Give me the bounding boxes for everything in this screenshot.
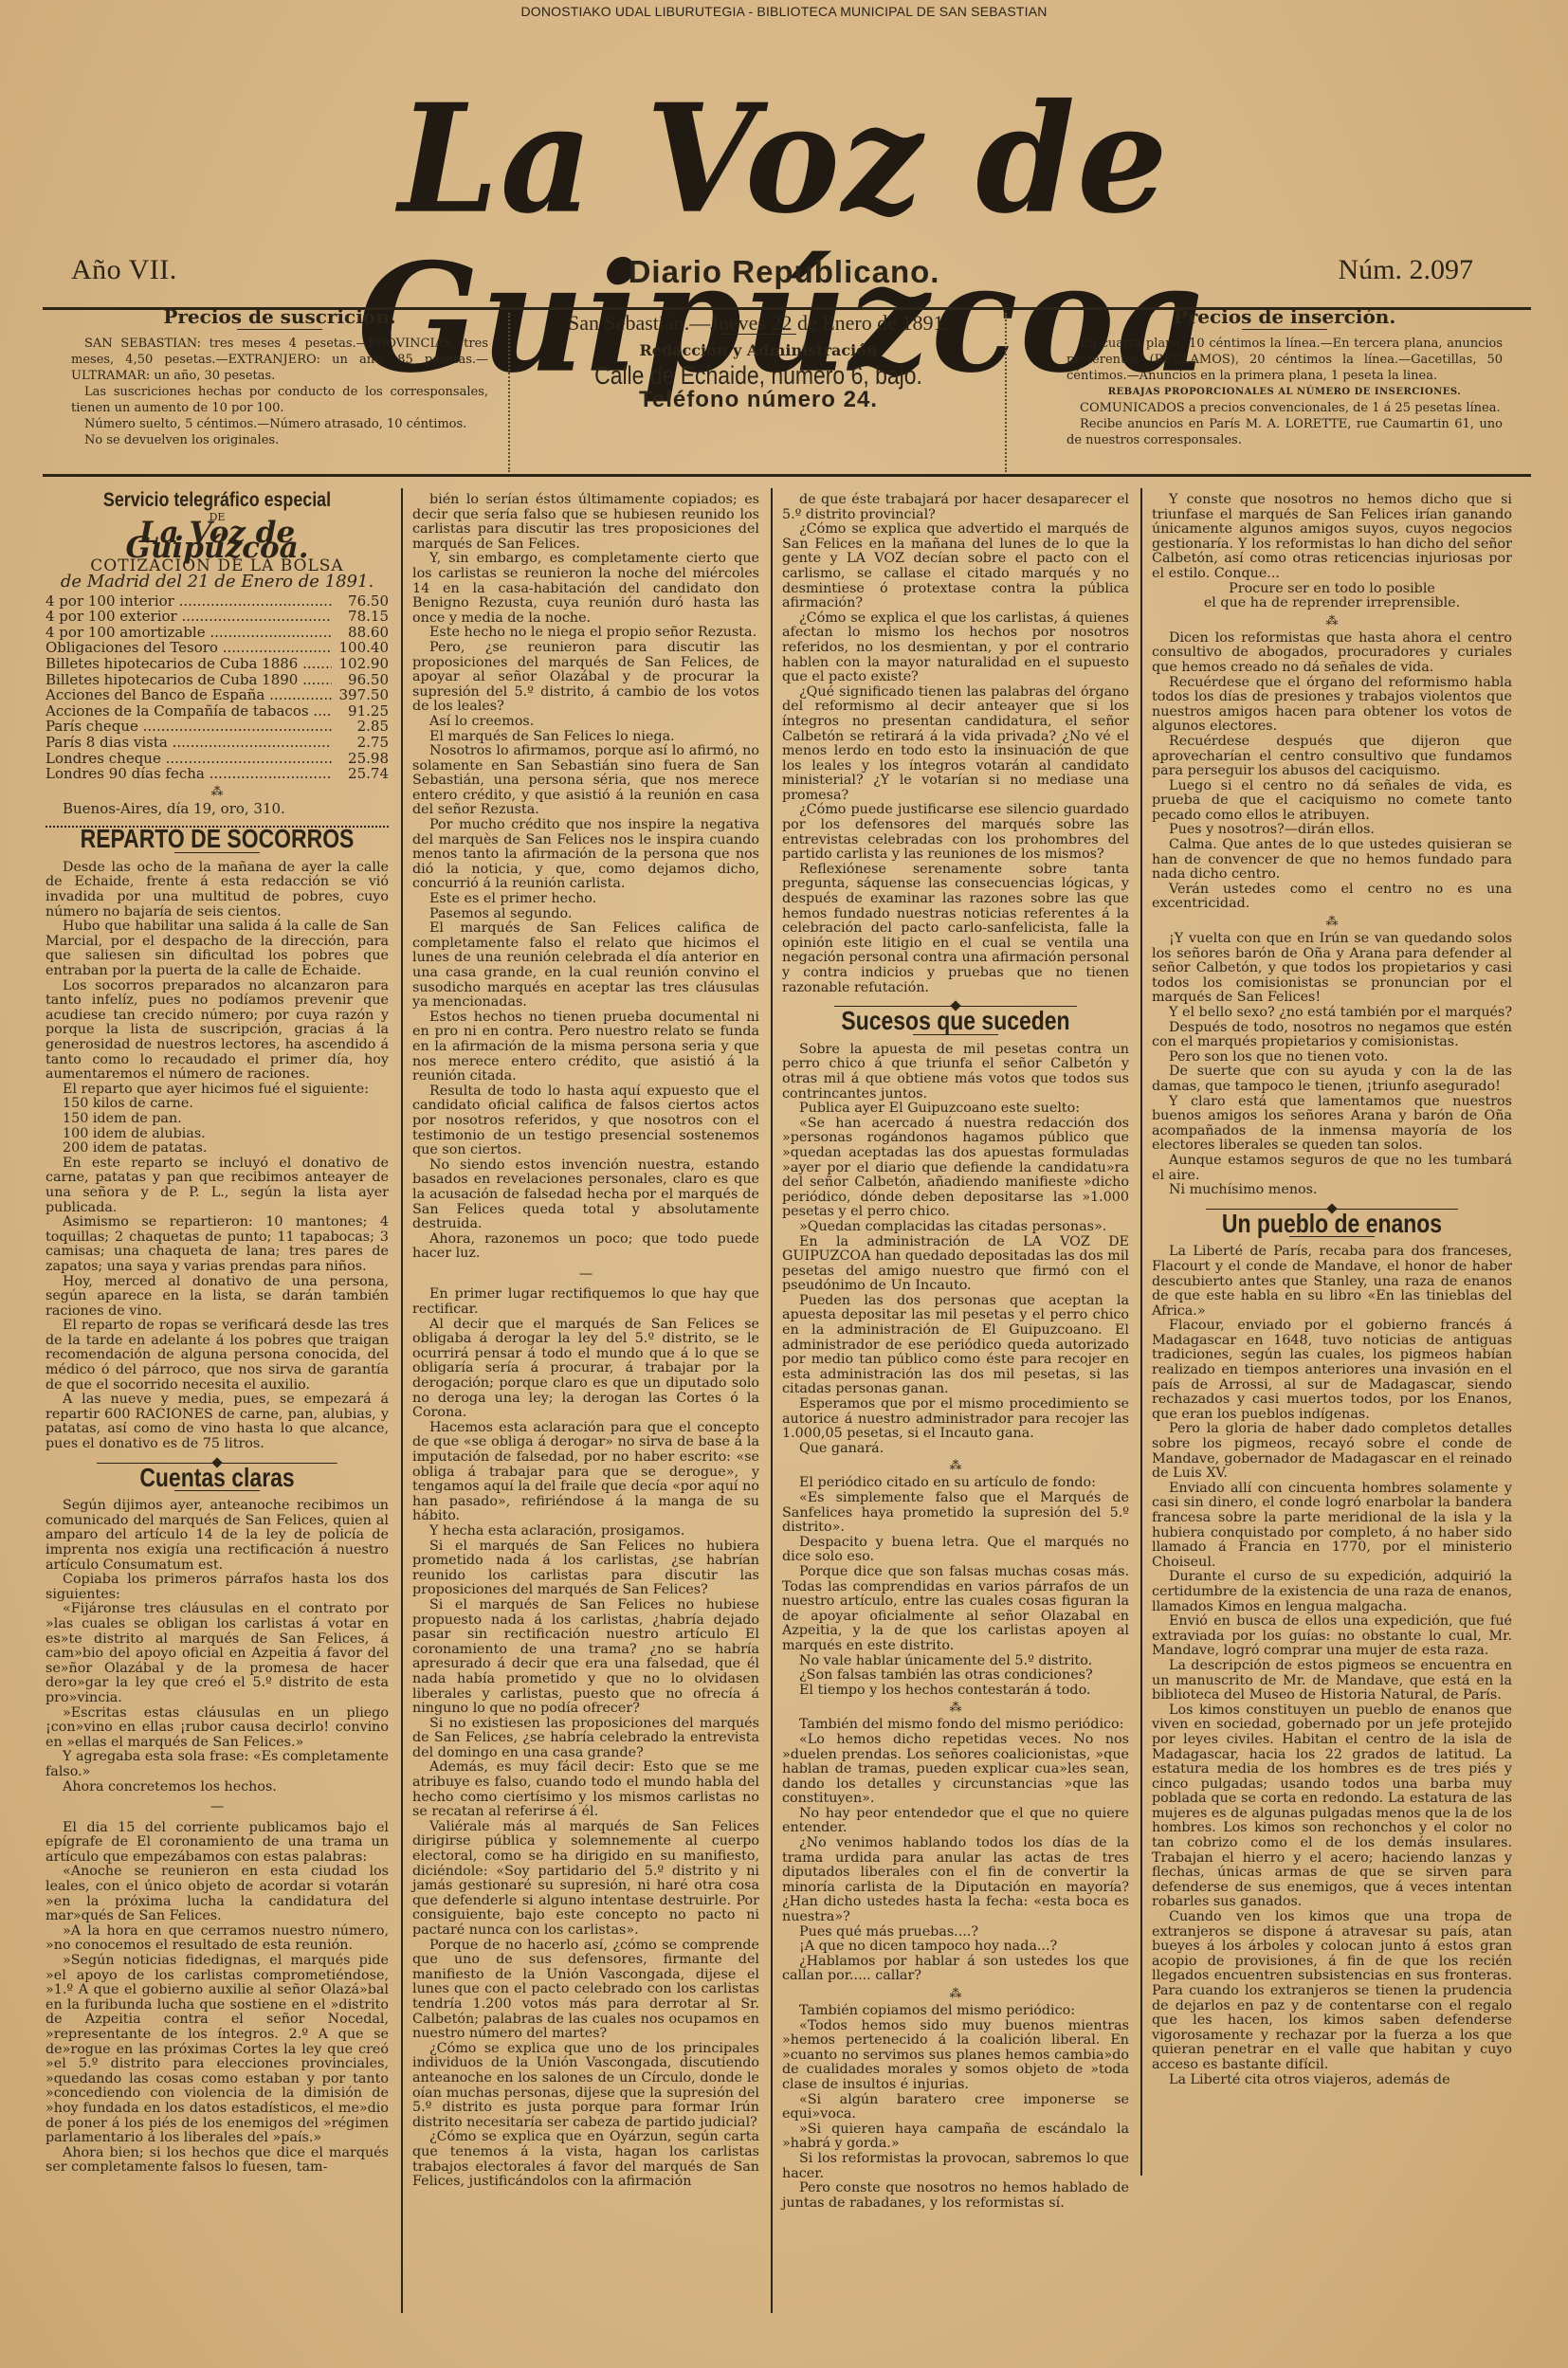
quote-value: 88.60 [332,625,389,641]
paragraph: Pero la gloria de haber dado completos d… [1152,1422,1512,1481]
quote-label: 4 por 100 amortizable [46,625,332,641]
paragraph: Dicen los reformistas que hasta ahora el… [1152,631,1512,676]
center-info-box: San Sebastián.—Jueves 22 de Enero de 189… [517,309,1000,480]
column-1: Servicio telegráfico especial DE La Voz … [46,493,389,2176]
quote-row: Obligaciones del Tesoro100.40 [46,640,389,656]
paragraph: Hacemos esta aclaración para que el conc… [412,1421,759,1524]
cuentas-body-2: bién lo serían éstos últimamente copiado… [412,493,759,2190]
paragraph: »Quedan complacidas las citadas personas… [782,1220,1129,1235]
stars-divider: ⁂ [1152,615,1512,628]
quote-label: 4 por 100 interior [46,593,332,610]
list-item: 150 idem de pan. [46,1112,389,1127]
insertion-text: Recibe anuncios en París M. A. LORETTE, … [1067,416,1503,448]
quote-label: Billetes hipotecarios de Cuba 1890 [46,672,332,688]
paragraph: Esperamos que por el mismo procedimiento… [782,1397,1129,1442]
paragraph: Enviado allí con cincuenta hombres solam… [1152,1482,1512,1571]
issue-number: Núm. 2.097 [1339,254,1474,286]
cuentas-body-3: de que éste trabajará por hacer desapare… [782,493,1129,995]
paragraph: Envió en busca de ellos una expedición, … [1152,1614,1512,1659]
paragraph: Por mucho crédito que nos inspire la neg… [412,818,759,892]
column-3: de que éste trabajará por hacer desapare… [782,493,1129,2211]
paragraph: Y conste que nosotros no hemos dicho que… [1152,493,1512,582]
sucesos-body-4: Y conste que nosotros no hemos dicho que… [1152,493,1512,1198]
column-4: Y conste que nosotros no hemos dicho que… [1152,493,1512,2087]
dash-divider: — [412,1267,759,1283]
reparto-title: REPARTO DE SOCORROS [77,831,358,847]
quote-row: 4 por 100 exterior78.15 [46,609,389,625]
paragraph: de que éste trabajará por hacer desapare… [782,493,1129,522]
paragraph: «Si algún baratero cree imponerse se equ… [782,2093,1129,2122]
paragraph: Procure ser en todo lo posible [1152,582,1512,597]
paragraph: El marqués de San Felices lo niega. [412,730,759,745]
paragraph: En primer lugar rectifiquemos lo que hay… [412,1287,759,1317]
paragraph: Y claro está que lamentamos que nuestros… [1152,1095,1512,1154]
paragraph: Durante el curso de su expedición, adqui… [1152,1570,1512,1614]
issue-date: San Sebastián.—Jueves 22 de Enero de 189… [517,315,1000,331]
paragraph: Porque dice que son falsas muchas cosas … [782,1565,1129,1654]
enanos-title: Un pueblo de enanos [1184,1216,1480,1231]
quote-label: Acciones de la Compañía de tabacos [46,703,332,720]
paragraph: Aunque estamos seguros de que no les tum… [1152,1154,1512,1183]
paragraph: ¿Cómo se explica que uno de los principa… [412,2042,759,2131]
office-label: Redacción y Administración [517,342,1000,358]
paragraph: Si no existiesen las proposiciones del m… [412,1717,759,1761]
paragraph: Pues qué más pruebas....? [782,1925,1129,1940]
quote-row: Acciones del Banco de España397.50 [46,687,389,703]
quote-row: París 8 dias vista2.75 [46,735,389,751]
paragraph: Pero, ¿se reunieron para discutir las pr… [412,641,759,715]
paragraph: Y, sin embargo, es completamente cierto … [412,552,759,626]
paragraph: ¿Cómo puede justificarse ese silencio gu… [782,803,1129,862]
paragraph: No vale hablar únicamente del 5.º distri… [782,1654,1129,1669]
paragraph: ¡Y vuelta con que en Irún se van quedand… [1152,932,1512,1006]
paragraph: También copiamos del mismo periódico: [782,2004,1129,2019]
subscription-text: Las suscriciones hechas por conducto de … [71,384,488,416]
quote-value: 397.50 [332,687,389,703]
paragraph: Valiérale más al marqués de San Felices … [412,1820,759,1939]
paragraph: Ahora concretemos los hechos. [46,1780,389,1795]
stock-quotes-table: 4 por 100 interior76.504 por 100 exterio… [46,593,389,782]
paragraph: Además, es muy fácil decir: Esto que se … [412,1760,759,1819]
paragraph: En este reparto se incluyó el donativo d… [46,1157,389,1215]
quote-label: París cheque [46,719,332,735]
paragraph: «Todos hemos sido muy buenos mientras »h… [782,2019,1129,2093]
paragraph: Los socorros preparados no alcanzaron pa… [46,979,389,1083]
paragraph: Pero son los que no tienen voto. [1152,1050,1512,1066]
paragraph: Recuérdese después que dijeron que aprov… [1152,735,1512,779]
quote-row: Londres cheque25.98 [46,751,389,767]
paragraph: Ahora bien; si los hechos que dice el ma… [46,2146,389,2176]
paragraph: »A la hora en que cerramos nuestro númer… [46,1924,389,1954]
paragraph: Los kimos constituyen un pueblo de enano… [1152,1703,1512,1910]
paragraph: ¿Qué significado tienen las palabras del… [782,685,1129,804]
stars-divider: ⁂ [782,1702,1129,1714]
paragraph: Cuando ven los kimos que una tropa de ex… [1152,1910,1512,2073]
cuentas-body-1: Según dijimos ayer, anteanoche recibimos… [46,1499,389,2176]
paragraph: Si los reformistas la provocan, sabremos… [782,2152,1129,2181]
office-phone: Teléfono número 24. [517,392,1000,408]
enanos-body: La Liberté de París, recaba para dos fra… [1152,1245,1512,2087]
quote-label: Billetes hipotecarios de Cuba 1886 [46,656,332,672]
paragraph: La Liberté cita otros viajeros, además d… [1152,2073,1512,2088]
paragraph: Si el marqués de San Felices no hubiera … [412,1539,759,1598]
paragraph: »Si quieren haya campaña de escándalo la… [782,2122,1129,2152]
quote-row: Billetes hipotecarios de Cuba 1886102.90 [46,656,389,672]
paragraph: Copiaba los primeros párrafos hasta los … [46,1573,389,1602]
paragraph: Estos hechos no tienen prueba documental… [412,1011,759,1084]
tagline: Diario Republicano. [0,254,1568,290]
quote-value: 91.25 [332,703,389,720]
insertion-text: En cuarta plana, 10 céntimos la línea.—E… [1067,336,1503,384]
paragraph: Resulta de todo lo hasta aquí expuesto q… [412,1084,759,1158]
sucesos-body-3: Sobre la apuesta de mil pesetas contra u… [782,1043,1129,2212]
column-2: bién lo serían éstos últimamente copiado… [412,493,759,2190]
paragraph: De suerte que con su ayuda y con la de l… [1152,1065,1512,1094]
paragraph: bién lo serían éstos últimamente copiado… [412,493,759,552]
quote-value: 100.40 [332,640,389,656]
quote-label: Londres 90 días fecha [46,766,332,782]
paragraph: Si el marqués de San Felices no hubiese … [412,1598,759,1717]
paragraph: Recuérdese que el órgano del reformismo … [1152,676,1512,735]
paragraph: Ahora, razonemos un poco; que todo puede… [412,1232,759,1262]
quote-row: 4 por 100 interior76.50 [46,593,389,610]
paragraph: El periódico citado en su artículo de fo… [782,1476,1129,1491]
quote-value: 25.98 [332,751,389,767]
insertion-title: Precios de inserción. [1067,309,1503,325]
paragraph: Ni muchísimo menos. [1152,1183,1512,1198]
list-item: 200 idem de patatas. [46,1141,389,1157]
paragraph: Publica ayer El Guipuzcoano este suelto: [782,1102,1129,1117]
quote-row: Acciones de la Compañía de tabacos91.25 [46,703,389,720]
subscription-text: No se devuelven los originales. [71,432,488,448]
paragraph: «Se han acercado á nuestra redacción dos… [782,1117,1129,1220]
paragraph: El reparto que ayer hicimos fué el sigui… [46,1083,389,1098]
paragraph: El dia 15 del corriente publicamos bajo … [46,1821,389,1866]
header-divider-left [508,313,510,472]
paragraph: ¿Hablamos por hablar á son ustedes los q… [782,1955,1129,1984]
stars-divider: ⁂ [1152,916,1512,928]
paragraph: Porque de no hacerlo así, ¿cómo se compr… [412,1939,759,2042]
quote-label: Acciones del Banco de España [46,687,332,703]
paragraph: Este hecho no le niega el propio señor R… [412,626,759,641]
paragraph: El marqués de San Felices califica de co… [412,921,759,1011]
subscription-box: Precios de suscrición. SAN SEBASTIAN: tr… [71,309,488,480]
paragraph: El reparto de ropas se verificará desde … [46,1319,389,1393]
paragraph: Y hecha esta aclaración, prosigamos. [412,1524,759,1539]
paragraph: Despacito y buena letra. Que el marqués … [782,1536,1129,1565]
paragraph: «Anoche se reunieron en esta ciudad los … [46,1865,389,1923]
subscription-title: Precios de suscrición. [71,309,488,325]
office-address: Calle de Echaide, número 6, bajo. [553,368,964,384]
quote-value: 76.50 [332,593,389,610]
paragraph: No siendo estos invención nuestra, estan… [412,1158,759,1232]
column-rule [1140,488,1142,2176]
column-rule [771,488,773,2313]
quote-value: 96.50 [332,672,389,688]
paragraph: «Fijáronse tres cláusulas en el contrato… [46,1602,389,1705]
insertion-box: Precios de inserción. En cuarta plana, 1… [1067,309,1503,480]
paragraph: »Escritas estas cláusulas en un pliego ¡… [46,1706,389,1751]
quote-row: Londres 90 días fecha25.74 [46,766,389,782]
paragraph: Al decir que el marqués de San Felices s… [412,1318,759,1421]
paragraph: Después de todo, nosotros no negamos que… [1152,1021,1512,1050]
sucesos-title: Sucesos que suceden [813,1013,1098,1029]
paragraph: Pueden las dos personas que aceptan la a… [782,1294,1129,1397]
paragraph: el que ha de reprender irreprensible. [1152,596,1512,611]
paragraph: A las nueve y media, pues, se empezará á… [46,1393,389,1451]
bolsa-date: de Madrid del 21 de Enero de 1891. [46,574,389,590]
list-item: 100 idem de alubias. [46,1127,389,1142]
paragraph: Reflexiónese serenamente sobre tanta pre… [782,863,1129,995]
paragraph: ¿Cómo se explica que advertido el marqué… [782,522,1129,611]
quote-value: 2.75 [332,735,389,751]
paragraph: La descripción de estos pigmeos se encue… [1152,1659,1512,1703]
list-item: 150 kilos de carne. [46,1097,389,1112]
paragraph: Nosotros lo afirmamos, porque así lo afi… [412,744,759,818]
telegraph-paper-name: La Voz de Guipúzcoa. [46,526,389,556]
quote-value: 78.15 [332,609,389,625]
telegraph-heading: Servicio telegráfico especial [71,493,363,508]
archive-header: DONOSTIAKO UDAL LIBURUTEGIA - BIBLIOTECA… [0,4,1568,19]
paragraph: ¡A que no dicen tampoco hoy nada...? [782,1940,1129,1955]
paragraph: Flacour, enviado por el gobierno francés… [1152,1319,1512,1422]
paragraph: ¿Cómo se explica que en Oyárzun, según c… [412,2130,759,2189]
stars-divider: ⁂ [782,1988,1129,2000]
quote-row: 4 por 100 amortizable88.60 [46,625,389,641]
quote-label: 4 por 100 exterior [46,609,332,625]
quote-row: Billetes hipotecarios de Cuba 189096.50 [46,672,389,688]
paragraph: Hubo que habilitar una salida á la calle… [46,920,389,978]
stars-divider: ⁂ [782,1460,1129,1472]
paragraph: «Lo hemos dicho repetidas veces. No nos … [782,1733,1129,1807]
insertion-text: COMUNICADOS a precios convencionales, de… [1067,400,1503,416]
buenos-aires-quote: Buenos-Aires, día 19, oro, 310. [46,802,389,817]
paragraph: »Según noticias fidedignas, el marqués p… [46,1954,389,2146]
paragraph: El tiempo y los hechos contestarán á tod… [782,1684,1129,1699]
paragraph: También del mismo fondo del mismo periód… [782,1718,1129,1733]
paragraph: ¿No venimos hablando todos los días de l… [782,1836,1129,1925]
paragraph: La Liberté de París, recaba para dos fra… [1152,1245,1512,1319]
insertion-text: REBAJAS PROPORCIONALES AL NÚMERO DE INSE… [1067,384,1503,400]
quote-label: Obligaciones del Tesoro [46,640,332,656]
paragraph: Verán ustedes como el centro no es una e… [1152,883,1512,912]
paragraph: ¿Cómo se explica el que los carlistas, á… [782,611,1129,685]
cuentas-title: Cuentas claras [77,1470,358,1485]
quote-row: París cheque2.85 [46,719,389,735]
header-divider-right [1005,313,1007,472]
paragraph: No hay peor entendedor que el que no qui… [782,1807,1129,1836]
paragraph: Que ganará. [782,1442,1129,1457]
paragraph: Este es el primer hecho. [412,892,759,907]
paragraph: Pero conste que nosotros no hemos hablad… [782,2181,1129,2211]
subscription-text: SAN SEBASTIAN: tres meses 4 pesetas.—PRO… [71,336,488,384]
paragraph: Asimismo se repartieron: 10 mantones; 4 … [46,1215,389,1274]
quote-label: París 8 dias vista [46,735,332,751]
quote-value: 102.90 [332,656,389,672]
paragraph: Sobre la apuesta de mil pesetas contra u… [782,1043,1129,1102]
paragraph: Desde las ocho de la mañana de ayer la c… [46,861,389,920]
paragraph: Luego si el centro no dá señales de vida… [1152,779,1512,824]
column-rule [401,488,403,2313]
paragraph: En la administración de LA VOZ DE GUIPUZ… [782,1235,1129,1294]
quote-value: 25.74 [332,766,389,782]
paragraph: Pues y nosotros?—dirán ellos. [1152,823,1512,838]
dash-divider: — [46,1800,389,1815]
paragraph: Según dijimos ayer, anteanoche recibimos… [46,1499,389,1573]
quote-label: Londres cheque [46,751,332,767]
paragraph: «Es simplemente falso que el Marqués de … [782,1491,1129,1536]
paragraph: ¿Son falsas también las otras condicione… [782,1668,1129,1684]
paragraph: Calma. Que antes de lo que ustedes quisi… [1152,838,1512,883]
paragraph: Hoy, merced al donativo de una persona, … [46,1275,389,1320]
paragraph: Y el bello sexo? ¿no está también por el… [1152,1006,1512,1021]
quote-value: 2.85 [332,719,389,735]
paragraph: Y agregaba esta sola frase: «Es completa… [46,1750,389,1779]
paragraph: Así lo creemos. [412,715,759,730]
subscription-text: Número suelto, 5 céntimos.—Número atrasa… [71,416,488,432]
paragraph: Pasemos al segundo. [412,907,759,922]
